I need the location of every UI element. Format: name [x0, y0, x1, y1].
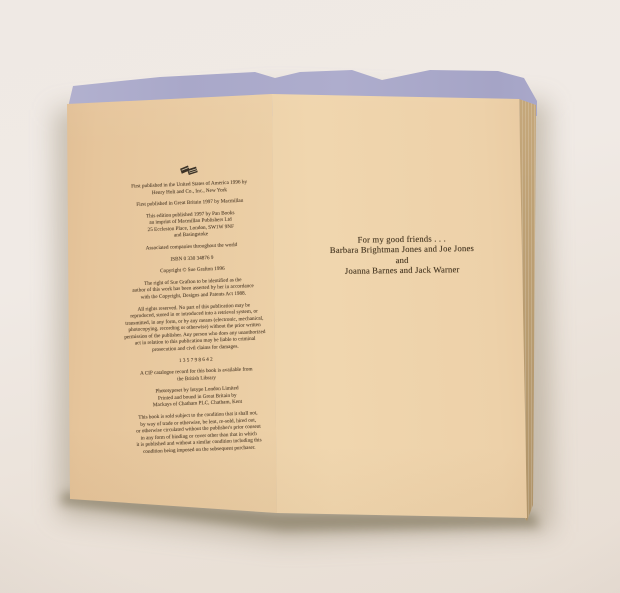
macmillan-flags-icon	[178, 164, 198, 177]
photo-scene: First published in the United States of …	[0, 0, 620, 593]
copyright-text: First published in the United States of …	[97, 178, 292, 457]
copyright-paragraph: This book is sold subject to the conditi…	[106, 409, 292, 457]
dedication-text: For my good friends . . .Barbara Brightm…	[322, 233, 483, 277]
copyright-paragraph: Phototypeset by Intype London LimitedPri…	[105, 384, 290, 412]
copyright-paragraph: The right of Sue Grafton to be identifie…	[100, 275, 285, 303]
copyright-paragraph: First published in the United States of …	[97, 178, 282, 199]
copyright-paragraph: All rights reserved. No part of this pub…	[101, 301, 288, 356]
copyright-paragraph: This edition published 1997 by Pan Books…	[98, 208, 284, 243]
copyright-page-block: First published in the United States of …	[96, 161, 295, 531]
copyright-paragraph: A CIP catalogue record for this book is …	[104, 365, 289, 386]
